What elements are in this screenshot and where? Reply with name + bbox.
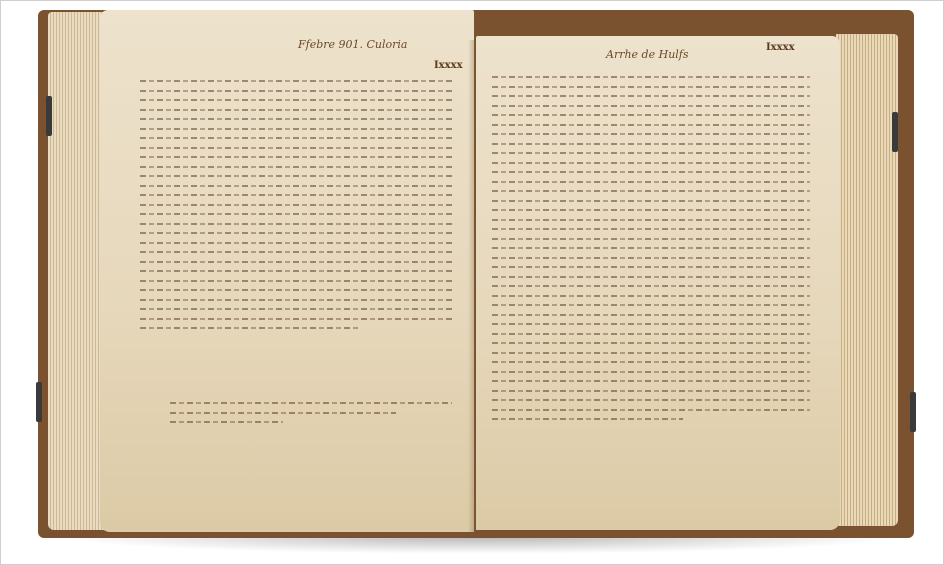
left-page-heading: Ffebre 901. Culoria (298, 38, 407, 51)
left-handwritten-text (140, 80, 452, 337)
right-handwritten-text (492, 76, 810, 428)
right-page-heading: Arrhe de Hulfs (606, 48, 689, 61)
clasp-icon (46, 96, 52, 136)
right-page: Arrhe de Hulfs Ixxxx (476, 36, 840, 530)
right-page-edges (836, 34, 898, 526)
left-footnote-text (170, 402, 452, 431)
left-folio-number: Ixxxx (434, 60, 463, 71)
clasp-icon (36, 382, 42, 422)
clasp-icon (910, 392, 916, 432)
right-folio-number: Ixxxx (766, 42, 795, 53)
clasp-icon (892, 112, 898, 152)
left-page: Ffebre 901. Culoria Ixxxx (100, 10, 474, 532)
